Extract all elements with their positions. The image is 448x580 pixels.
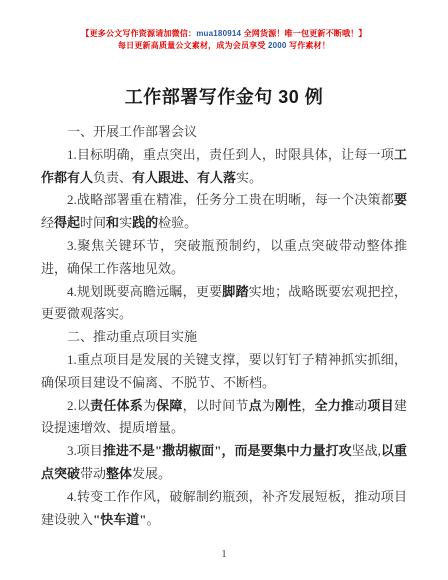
text-segment: mua180914 [196, 29, 241, 38]
text-segment: 为 [262, 398, 275, 413]
text-segment: 【更多公文写作资源请加微信： [81, 29, 196, 38]
text-segment: 2000 [268, 41, 287, 50]
document-title: 工作部署写作金句 30 例 [41, 83, 407, 109]
text-segment: ， [301, 398, 314, 413]
text-segment: 发展。 [132, 466, 171, 481]
text-segment: 经 [41, 215, 54, 230]
text-segment: 全网货源！唯一包更新不断哦！】 [241, 29, 366, 38]
text-segment: 4.规划既要高瞻远瞩，更要 [67, 284, 222, 299]
body-paragraph: 4.转变工作作风，破解制约瓶颈，补齐发展短板，推动项目建设驶入"快车道"。 [41, 486, 407, 532]
text-segment: 全力推 [315, 398, 355, 413]
text-segment: 时间 [80, 215, 106, 230]
text-segment: 践的 [132, 215, 158, 230]
text-segment: 2.战略部署重在精准，任务分工贵在明晰，每一个决策都 [67, 192, 394, 207]
text-segment: 2.以 [67, 398, 90, 413]
text-segment: 实。 [236, 170, 262, 185]
ad-banner: 【更多公文写作资源请加微信：mua180914 全网货源！唯一包更新不断哦！】 … [41, 28, 407, 52]
text-segment: 和 [106, 215, 119, 230]
text-segment: 保障 [156, 398, 182, 413]
body-paragraph: 2.以责任体系为保障，以时间节点为刚性，全力推动项目建设提速增效、提质增量。 [41, 395, 407, 441]
text-segment: "快车道" [93, 512, 146, 527]
document-body: 一、开展工作部署会议1.目标明确，重点突出，责任到人，时限具体，让每一项工作都有… [41, 121, 407, 531]
text-segment: 点 [249, 398, 262, 413]
document-page: 【更多公文写作资源请加微信：mua180914 全网货源！唯一包更新不断哦！】 … [0, 0, 448, 580]
text-segment: 项目 [367, 398, 393, 413]
section-heading: 一、开展工作部署会议 [41, 121, 407, 144]
body-paragraph: 1.重点项目是发展的关键支撑，要以钉钉子精神抓实抓细，确保项目建设不偏离、不脱节… [41, 349, 407, 395]
text-segment: 责任体系 [90, 398, 143, 413]
text-segment: 为 [143, 398, 156, 413]
section-heading: 二、推动重点项目实施 [41, 326, 407, 349]
ad-line-1: 【更多公文写作资源请加微信：mua180914 全网货源！唯一包更新不断哦！】 [41, 28, 407, 40]
text-segment: 1.重点项目是发展的关键支撑，要以钉钉子精神抓实抓细，确保项目建设不偏离、不脱节… [41, 352, 407, 390]
text-segment: 检验。 [158, 215, 197, 230]
text-segment: 一、开展工作部署会议 [67, 124, 197, 139]
text-segment: 得起 [54, 215, 80, 230]
text-segment: 3.聚焦关键环节，突破瓶预制约，以重点突破带动整体推进，确保工作落地见效。 [41, 238, 407, 276]
text-segment: 1.目标明确，重点突出，责任到人，时限具体，让每一项 [67, 147, 394, 162]
text-segment: 3.项目 [67, 443, 103, 458]
ad-line-2: 每日更新高质量公文素材，成为会员享受 2000 写作素材！ [41, 40, 407, 52]
text-segment: 要 [394, 192, 407, 207]
text-segment: 整体 [106, 466, 132, 481]
text-segment: 脚踏 [222, 284, 248, 299]
text-segment: 坚战, [352, 443, 381, 458]
text-segment: 写作素材！ [287, 41, 330, 50]
text-segment: 每日更新高质量公文素材，成为会员享受 [118, 41, 268, 50]
body-paragraph: 2.战略部署重在精准，任务分工贵在明晰，每一个决策都要经得起时间和实践的检验。 [41, 189, 407, 235]
text-segment: 推进不是"撒胡椒面"，而是要集中力量打攻 [103, 443, 352, 458]
text-segment: 实 [119, 215, 132, 230]
text-segment: 。 [146, 512, 159, 527]
body-paragraph: 3.项目推进不是"撒胡椒面"，而是要集中力量打攻坚战,以重点突破带动整体发展。 [41, 440, 407, 486]
text-segment: 二、推动重点项目实施 [67, 329, 197, 344]
body-paragraph: 3.聚焦关键环节，突破瓶预制约，以重点突破带动整体推进，确保工作落地见效。 [41, 235, 407, 281]
text-segment: 刚性 [275, 398, 301, 413]
page-number: 1 [0, 549, 448, 560]
text-segment: 动 [354, 398, 367, 413]
text-segment: 负责、 [93, 170, 132, 185]
text-segment: 带动 [80, 466, 106, 481]
text-segment: ，以时间节 [183, 398, 249, 413]
text-segment: 有人跟进、有人落 [132, 170, 236, 185]
body-paragraph: 1.目标明确，重点突出，责任到人，时限具体，让每一项工作都有人负责、有人跟进、有… [41, 144, 407, 190]
body-paragraph: 4.规划既要高瞻远瞩，更要脚踏实地；战略既要宏观把控，更要微观落实。 [41, 281, 407, 327]
